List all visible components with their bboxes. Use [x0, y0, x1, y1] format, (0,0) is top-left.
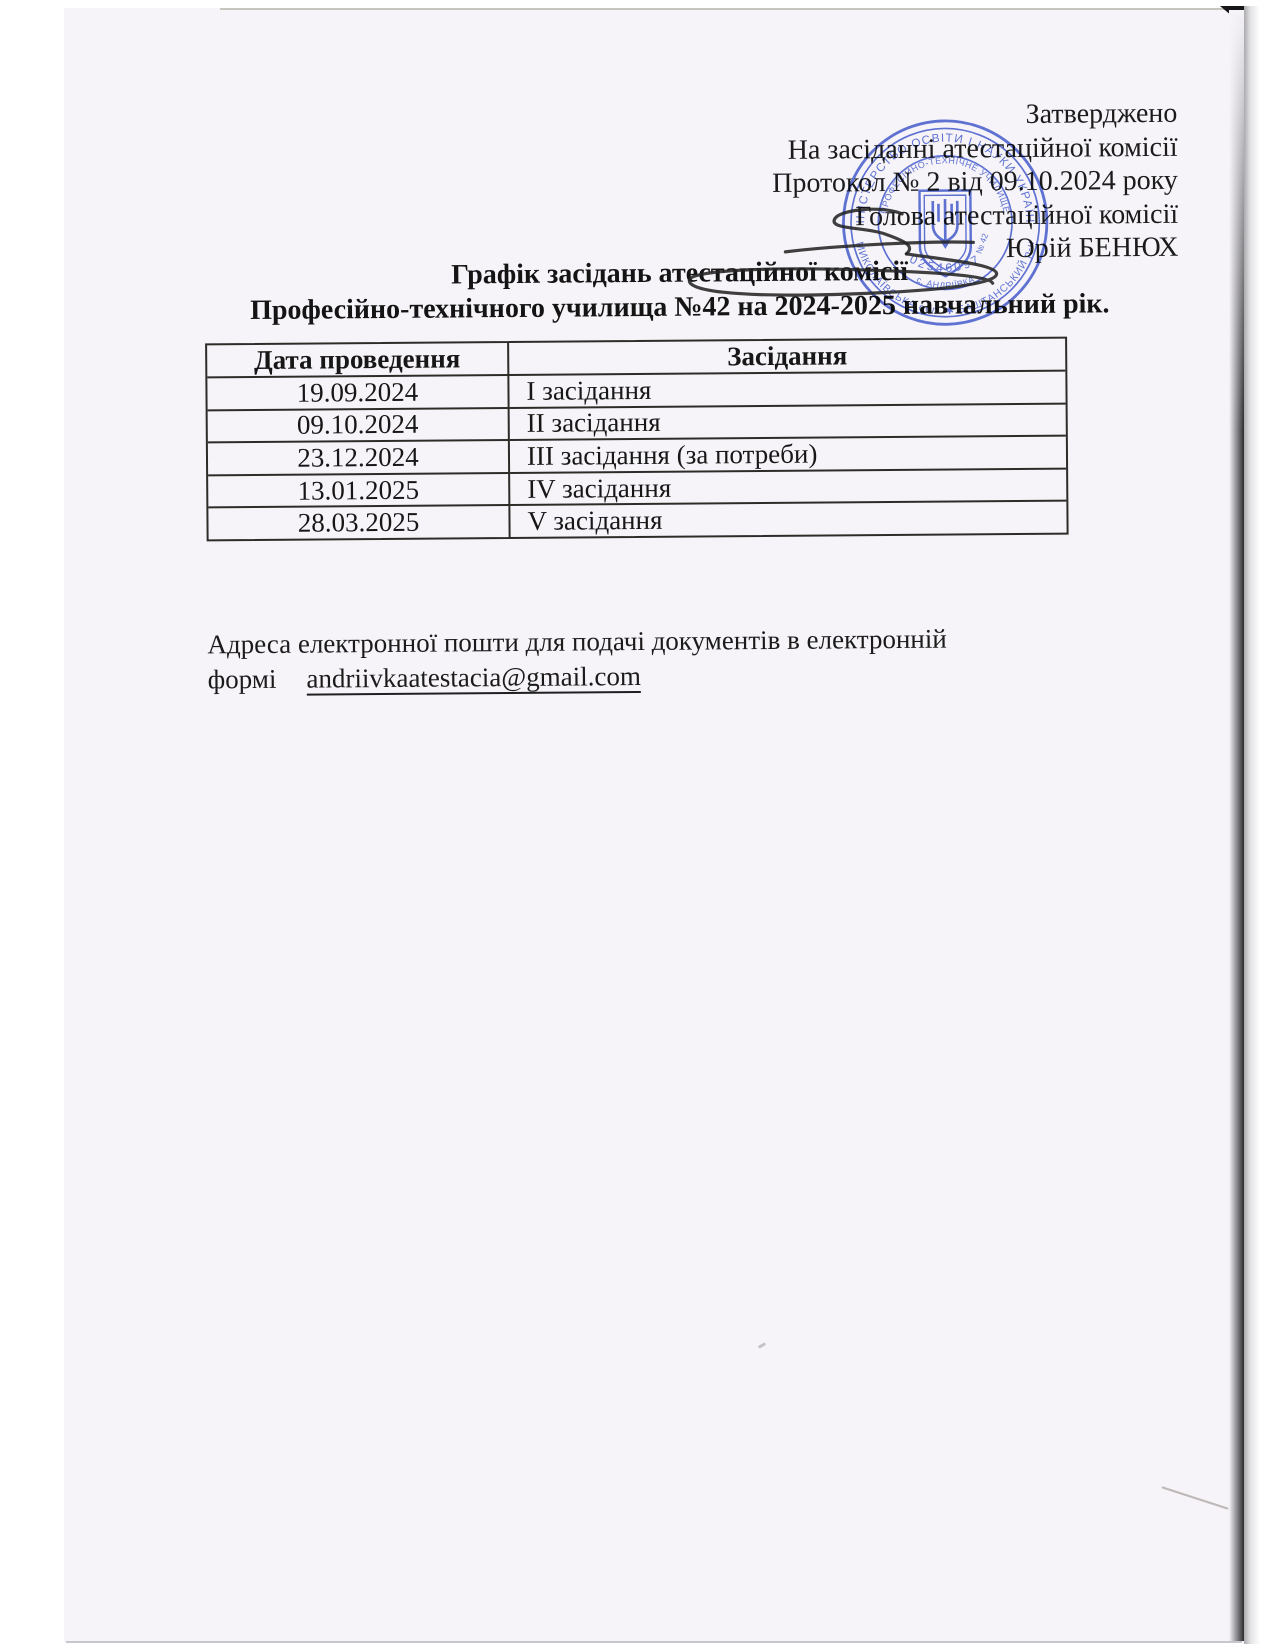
session-cell: III засідання (за потреби) [510, 435, 1066, 472]
scan-edge-right-outer [1244, 6, 1260, 1644]
schedule-table: Дата проведення Засідання 19.09.2024 I з… [205, 337, 1069, 542]
date-cell: 13.01.2025 [208, 472, 510, 507]
table-header-date: Дата проведення [207, 343, 509, 376]
signature-loop [689, 253, 997, 296]
signature-underline [785, 242, 973, 252]
scanned-document: Затверджено На засіданні атестаційної ко… [0, 0, 1275, 1650]
handwritten-signature [639, 181, 1120, 315]
scan-edge-right [1229, 10, 1244, 1641]
scan-edge-bottom [66, 1641, 1242, 1643]
date-cell: 19.09.2024 [207, 374, 509, 409]
table-header-session: Засідання [509, 339, 1065, 374]
date-cell: 23.12.2024 [208, 439, 510, 474]
session-cell: IV засідання [510, 467, 1066, 504]
email-note-prefix: формі [208, 663, 277, 694]
email-note: Адреса електронної пошти для подачі доку… [207, 622, 947, 697]
date-cell: 09.10.2024 [208, 407, 510, 442]
session-cell: V засідання [510, 500, 1066, 537]
email-note-line2: форміandriivkaatestacia@gmail.com [208, 656, 948, 696]
date-cell: 28.03.2025 [208, 504, 510, 539]
email-note-line1: Адреса електронної пошти для подачі доку… [207, 622, 947, 662]
session-cell: I засідання [509, 370, 1065, 407]
email-address: andriivkaatestacia@gmail.com [306, 661, 641, 696]
session-cell: II засідання [510, 402, 1066, 439]
scan-edge-top [220, 8, 1244, 10]
